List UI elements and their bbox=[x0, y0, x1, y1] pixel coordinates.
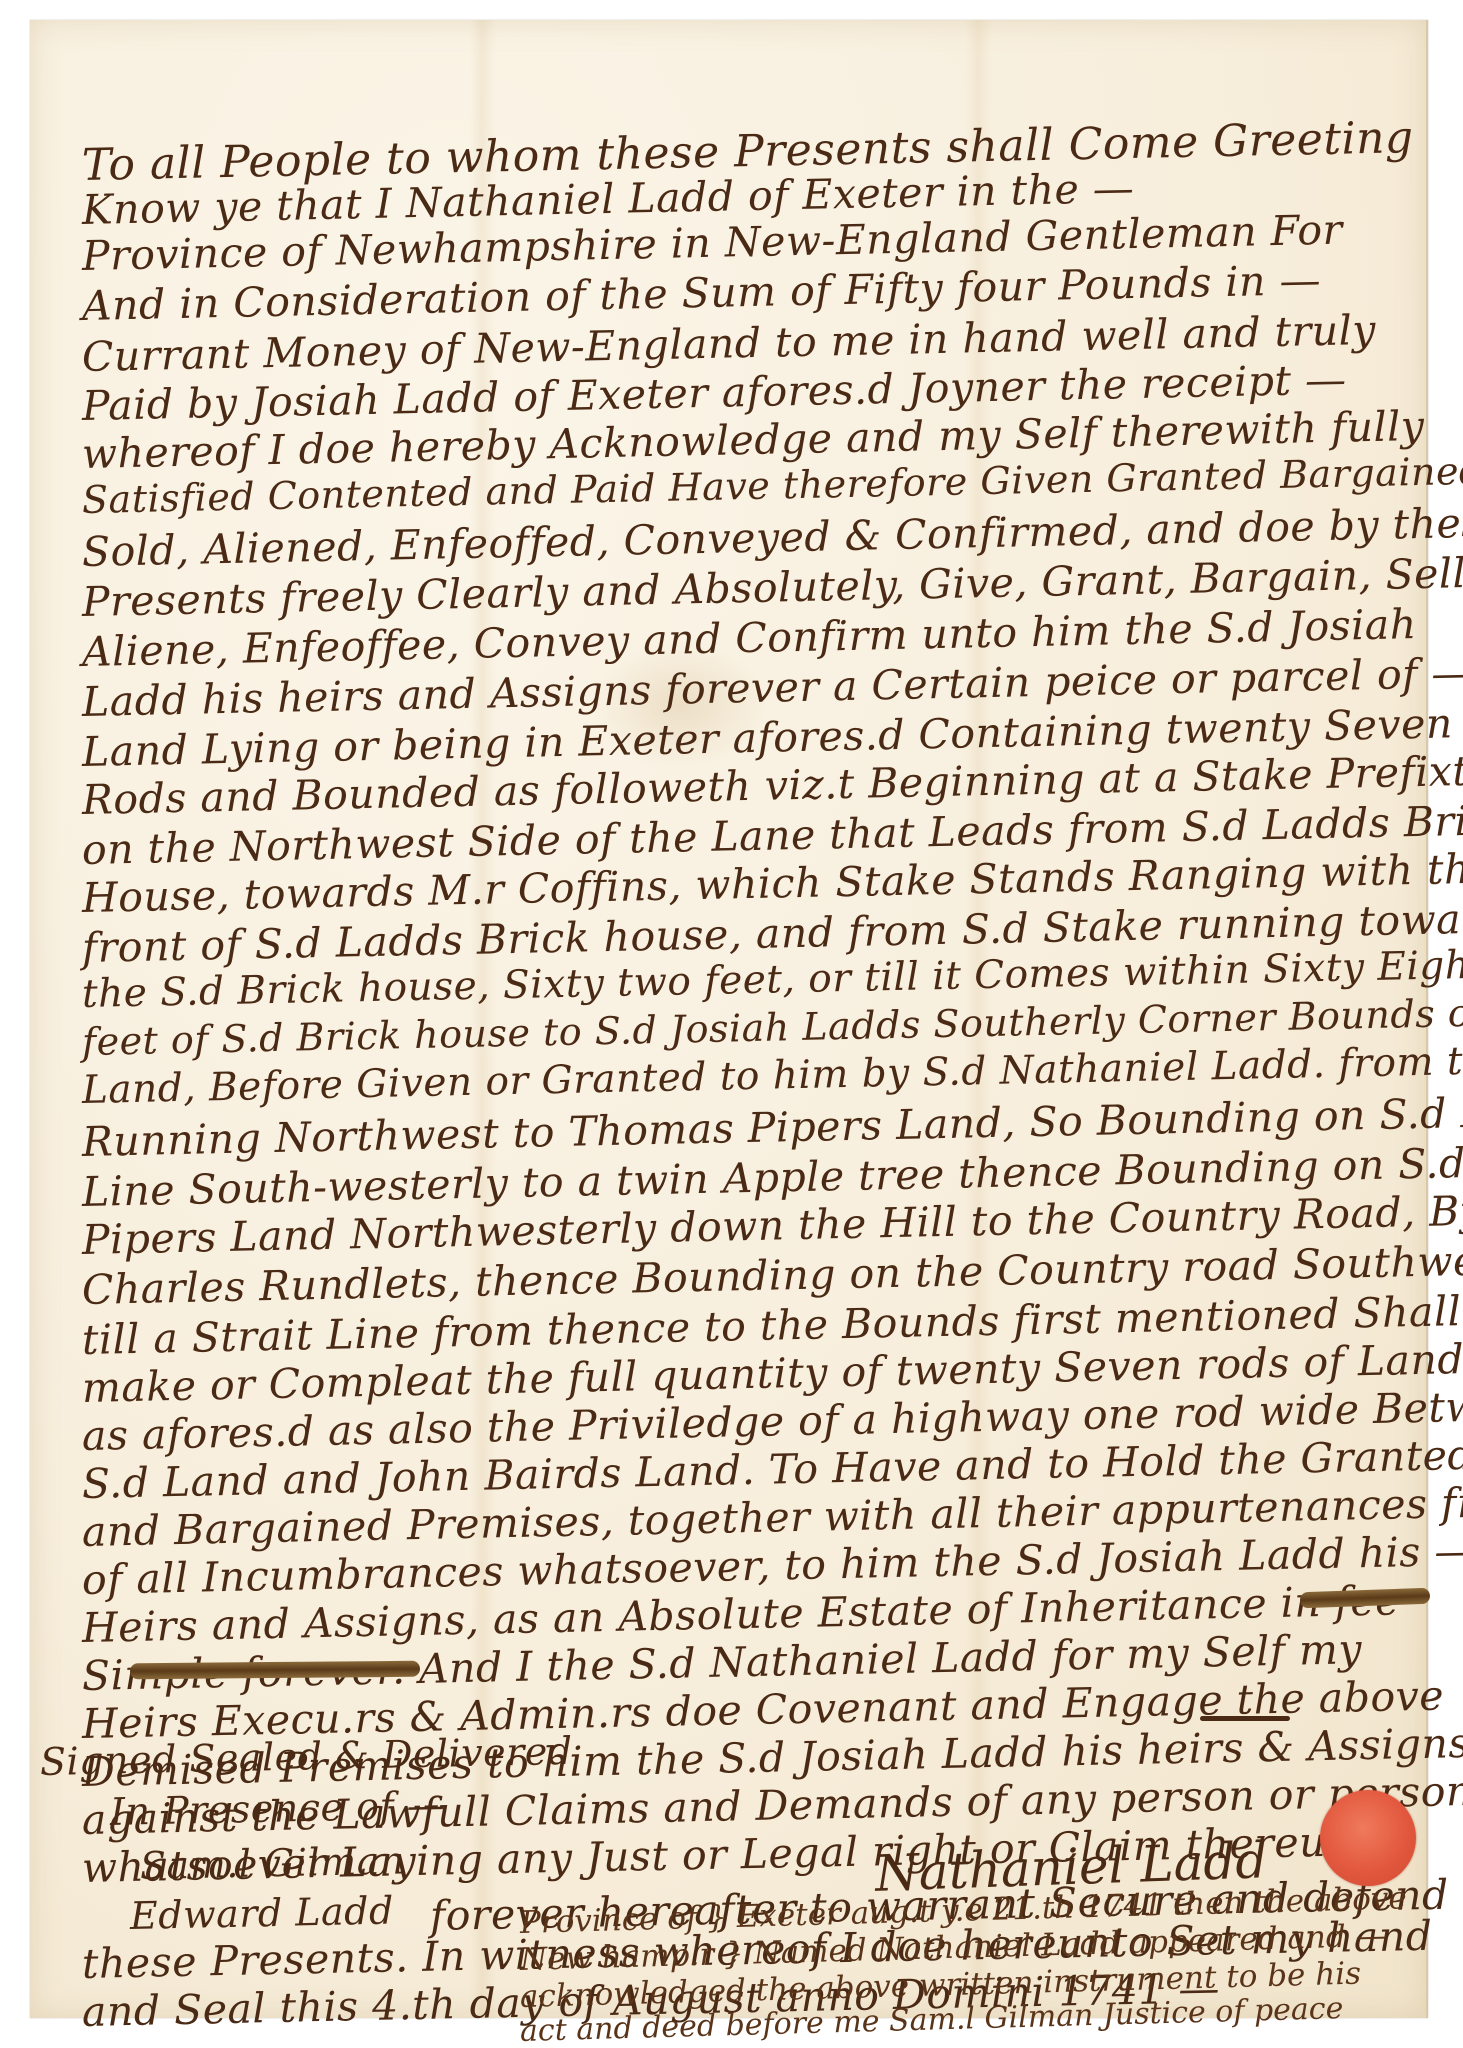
attestation-heading: In Presence of — bbox=[110, 1783, 446, 1834]
wax-seal bbox=[1320, 1790, 1416, 1886]
witness-signature: Sam.l Gilman bbox=[140, 1838, 406, 1888]
witness-signature: Edward Ladd bbox=[130, 1888, 395, 1938]
line-end-dash bbox=[1200, 1716, 1290, 1721]
ink-strikethrough bbox=[130, 1661, 420, 1680]
